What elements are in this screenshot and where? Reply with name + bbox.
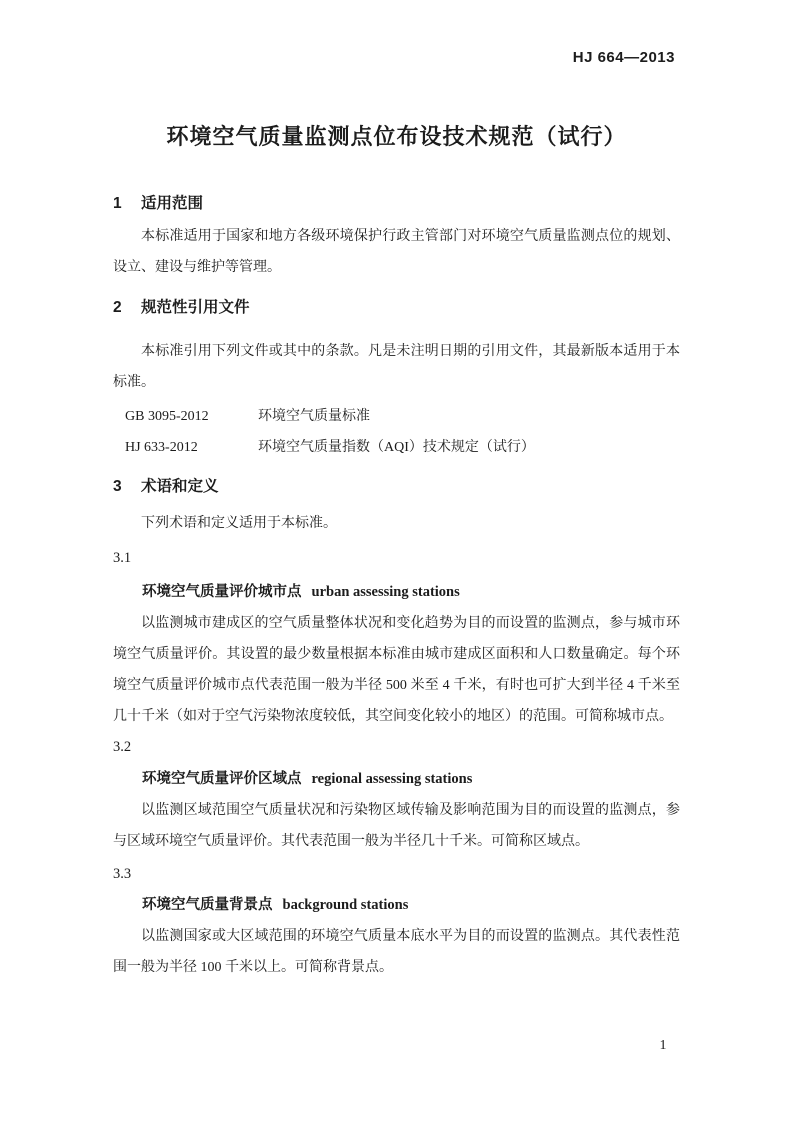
term-3-3-number: 3.3 [113,859,680,890]
term-3-3-title: 环境空气质量背景点background stations [113,890,680,921]
reference-code: HJ 633-2012 [125,432,258,463]
section-2-number: 2 [113,296,141,320]
term-3-1-title: 环境空气质量评价城市点urban assessing stations [113,577,680,608]
reference-title: 环境空气质量标准 [258,401,370,432]
term-3-3-name-en: background stations [283,897,409,913]
document-page: HJ 664—2013 环境空气质量监测点位布设技术规范（试行） 1 适用范围 … [0,0,793,1122]
document-header: HJ 664—2013 [0,0,793,68]
reference-code: GB 3095-2012 [125,401,258,432]
section-2-title: 规范性引用文件 [141,296,250,320]
section-3-heading: 3 术语和定义 [113,475,680,499]
section-1-number: 1 [113,192,141,216]
reference-item: GB 3095-2012 环境空气质量标准 [113,401,680,432]
section-2-paragraph: 本标准引用下列文件或其中的条款。凡是未注明日期的引用文件，其最新版本适用于本标准… [113,336,680,398]
section-1-heading: 1 适用范围 [113,192,680,216]
reference-list: GB 3095-2012 环境空气质量标准 HJ 633-2012 环境空气质量… [113,401,680,463]
term-3-2-number: 3.2 [113,732,680,763]
term-3-1-definition: 以监测城市建成区的空气质量整体状况和变化趋势为目的而设置的监测点，参与城市环境空… [113,608,680,732]
section-3-number: 3 [113,475,141,499]
term-3-1-name-en: urban assessing stations [312,584,460,600]
term-3-1-number: 3.1 [113,543,680,574]
term-3-2-title: 环境空气质量评价区域点regional assessing stations [113,764,680,795]
term-3-2-definition: 以监测区域范围空气质量状况和污染物区域传输及影响范围为目的而设置的监测点，参与区… [113,795,680,857]
document-title: 环境空气质量监测点位布设技术规范（试行） [0,120,793,154]
section-2-heading: 2 规范性引用文件 [113,296,680,320]
section-3-intro: 下列术语和定义适用于本标准。 [113,508,680,539]
term-3-2-name-cn: 环境空气质量评价区域点 [142,771,302,787]
section-3-title: 术语和定义 [141,475,219,499]
section-1-title: 适用范围 [141,192,203,216]
reference-item: HJ 633-2012 环境空气质量指数（AQI）技术规定（试行） [113,432,680,463]
document-body: 1 适用范围 本标准适用于国家和地方各级环境保护行政主管部门对环境空气质量监测点… [113,192,680,983]
term-3-3-name-cn: 环境空气质量背景点 [142,897,273,913]
standard-number: HJ 664—2013 [573,49,675,66]
term-3-1-name-cn: 环境空气质量评价城市点 [142,584,302,600]
reference-title: 环境空气质量指数（AQI）技术规定（试行） [258,432,535,463]
term-3-2-name-en: regional assessing stations [312,771,473,787]
page-number: 1 [655,1036,671,1056]
section-1-paragraph: 本标准适用于国家和地方各级环境保护行政主管部门对环境空气质量监测点位的规划、设立… [113,221,680,283]
term-3-3-definition: 以监测国家或大区域范围的环境空气质量本底水平为目的而设置的监测点。其代表性范围一… [113,921,680,983]
